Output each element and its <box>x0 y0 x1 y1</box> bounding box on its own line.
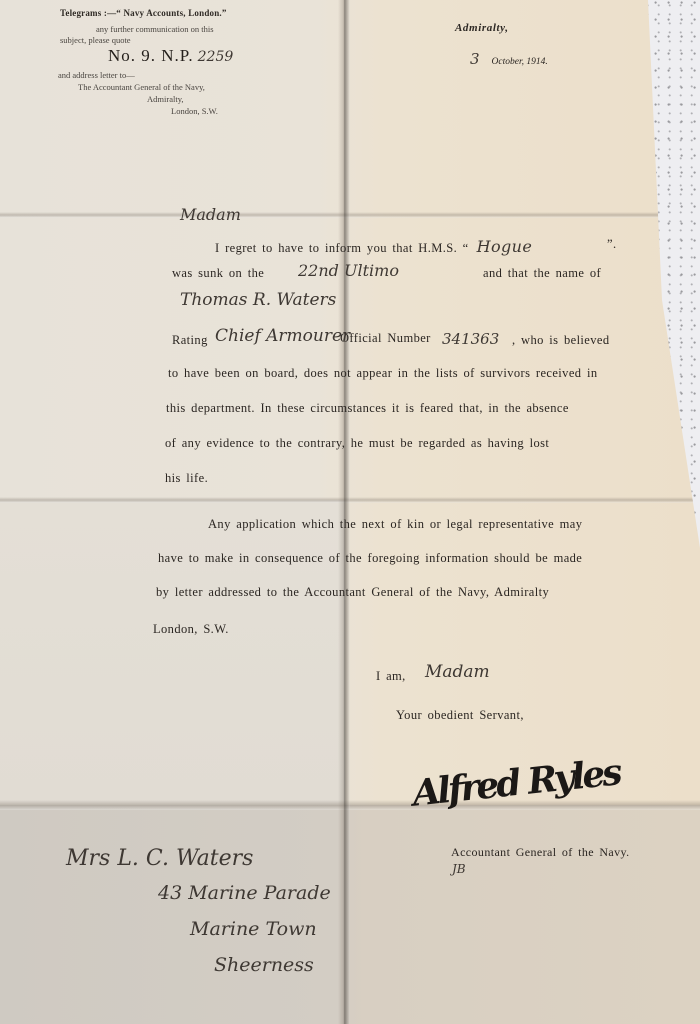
body-line: his life. <box>165 471 208 486</box>
address-line: Admiralty, <box>147 94 184 104</box>
closing-servant: Your obedient Servant, <box>396 708 524 723</box>
official-number: 341363 <box>442 330 499 348</box>
recipient-name: Mrs L. C. Waters <box>66 846 253 871</box>
body-line: this department. In these circumstances … <box>166 401 569 416</box>
ship-name: Hogue <box>477 237 533 256</box>
quote-instruction: any further communication on this <box>96 24 214 34</box>
reference-printed: No. 9. N.P. <box>108 46 194 65</box>
fold-line-vertical <box>338 0 350 1024</box>
date-day: 3 <box>470 50 480 68</box>
fold-line <box>0 497 700 503</box>
telegram-address: Telegrams :—“ Navy Accounts, London.” <box>60 8 227 18</box>
recipient-address-line: Sheerness <box>214 954 314 976</box>
address-line: London, S.W. <box>171 106 218 116</box>
reference-number: No. 9. N.P. 2259 <box>108 46 233 66</box>
closing-madam: Madam <box>425 662 490 682</box>
body-line: I regret to have to inform you that H.M.… <box>215 237 532 256</box>
reference-handwritten: 2259 <box>198 49 234 65</box>
recipient-address-line: Marine Town <box>190 918 317 940</box>
body-line: and that the name of <box>483 266 601 281</box>
quote-instruction: subject, please quote <box>60 35 131 45</box>
body-line: Any application which the next of kin or… <box>208 517 582 532</box>
sailor-name: Thomas R. Waters <box>180 290 336 310</box>
body-line: London, S.W. <box>153 622 229 637</box>
signatory-title: Accountant General of the Navy. <box>451 845 630 860</box>
salutation: Madam <box>180 205 241 224</box>
body-line: to have been on board, does not appear i… <box>168 366 597 381</box>
body-line: Official Number <box>340 331 431 346</box>
quote-close: ”. <box>607 237 616 252</box>
address-intro: and address letter to— <box>58 70 135 80</box>
letter-sheet: Telegrams :—“ Navy Accounts, London.” an… <box>0 0 700 1024</box>
fold-line <box>0 800 700 810</box>
body-line: have to make in consequence of the foreg… <box>158 551 582 566</box>
place-heading: Admiralty, <box>455 22 509 34</box>
initials: JB <box>452 862 466 876</box>
sunk-date: 22nd Ultimo <box>298 261 399 280</box>
body-text: I regret to have to inform you that H.M.… <box>215 241 469 255</box>
body-line: Rating <box>172 333 208 348</box>
rating: Chief Armourer <box>215 326 350 346</box>
recipient-address-line: 43 Marine Parade <box>158 882 331 904</box>
body-line: was sunk on the <box>172 266 264 281</box>
date-month-year: October, 1914. <box>492 57 548 67</box>
fold-line <box>0 212 700 218</box>
paper-panel <box>0 500 345 805</box>
address-line: The Accountant General of the Navy, <box>78 82 205 92</box>
letter-date: 3 October, 1914. <box>470 50 548 69</box>
body-line: of any evidence to the contrary, he must… <box>165 436 549 451</box>
paper-panel-bottom <box>0 805 700 1024</box>
body-line: , who is believed <box>512 333 610 348</box>
closing-i-am: I am, <box>376 669 406 684</box>
body-line: by letter addressed to the Accountant Ge… <box>156 585 549 600</box>
